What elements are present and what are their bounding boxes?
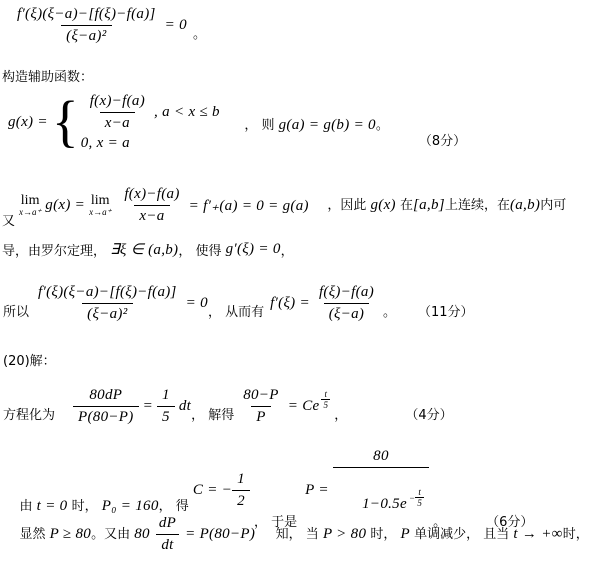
then-period: 。 [376, 118, 389, 133]
separated-equation-line: 方程化为 80dP P(80−P) = 1 5 dt ， 解得 80−P P =… [3, 387, 453, 426]
fraction-numerator: 80−P [238, 387, 284, 406]
monotonicity-line: 显然 P ≥ 80。又由 80 dP dt = P(80−P) 知， 当 P >… [3, 508, 589, 561]
exponent-numerator: t [322, 389, 329, 399]
lim-word: lim [21, 194, 40, 209]
then-equation: g(a) = g(b) = 0 [279, 117, 376, 133]
score-badge-8: （8分） [419, 130, 466, 149]
exponent-denominator: 5 [321, 399, 330, 410]
rolle-theorem-line: 导，由罗尔定理， ∃ξ ∈ (a,b)， 使得 g′(ξ) = 0， [2, 240, 294, 259]
result-fraction: f(ξ)−f(a) (ξ−a) [314, 284, 379, 323]
text: ， 使得 [178, 240, 225, 259]
fraction-denominator: 5 [157, 406, 175, 426]
one-half-fraction: 1 2 [232, 471, 250, 510]
text: 构造辅助函数： [2, 66, 93, 85]
period: 。 [193, 23, 206, 42]
case2: 0, x = a [81, 135, 220, 152]
gx: g(x) [371, 197, 396, 213]
lhs-fraction: 80dP P(80−P) [73, 387, 139, 426]
fraction-numerator: 80dP [84, 387, 127, 406]
limit-operator: lim x→a⁺ [19, 194, 41, 218]
therefore-text: 所以 [3, 301, 29, 320]
equals-Ce: = Ce [288, 398, 320, 415]
then-clause: ， 则 g(a) = g(b) = 0。 [228, 99, 389, 149]
comma: ， [334, 404, 347, 423]
limit-operator-2: lim x→a⁺ [89, 194, 111, 218]
continuity-clause: ，因此 g(x) 在[a,b]上连续，在(a,b)内可 [311, 179, 566, 229]
lim-subscript: x→a⁺ [89, 208, 111, 217]
text: 显然 [20, 527, 50, 542]
solve-text: ， 解得 [191, 404, 234, 423]
t-to-infinity: t → +∞ [513, 526, 562, 542]
fraction: f′(ξ)(ξ−a)−[f(ξ)−f(a)] (ξ−a)² [12, 6, 161, 45]
tail-text: 上连续，在 [445, 198, 510, 213]
exponent-numerator: t [416, 487, 423, 497]
f-prime-xi-equals: f′(ξ) = [270, 295, 310, 312]
fraction-denominator: P(80−P) [73, 406, 139, 426]
text: 知， 当 [276, 527, 323, 542]
P-gt-80: P > 80 [323, 526, 366, 542]
monotone-clause: 知， 当 P > 80 时， P 单调减少， 且当 t → +∞时， [259, 508, 589, 558]
C-equals-minus: C = − [193, 482, 232, 499]
tail-text: 因此 [340, 198, 370, 213]
tail-text: 内可 [540, 198, 566, 213]
text: 单调减少， 且当 [410, 527, 513, 542]
piecewise-definition-line: g(x) = { f(x)−f(a) x−a , a < x ≤ b 0, x … [8, 93, 466, 152]
open-interval: (a,b) [510, 197, 540, 213]
left-brace: { [52, 95, 79, 149]
coefficient-80: 80 [134, 526, 150, 543]
case1-denominator: x−a [100, 112, 135, 132]
piecewise-cases: f(x)−f(a) x−a , a < x ≤ b 0, x = a [81, 93, 220, 152]
case1-fraction: f(x)−f(a) x−a [85, 93, 150, 132]
case1-condition: , a < x ≤ b [154, 104, 220, 121]
limit-line: 又 lim x→a⁺ g(x) = lim x→a⁺ f(x)−f(a) x−a… [2, 179, 566, 232]
g-prime-zero: g′(ξ) = 0 [226, 241, 281, 258]
rhs-P-80-minus-P: = P(80−P) [185, 526, 255, 543]
text: 。又由 [91, 527, 134, 542]
obvious-clause: 显然 P ≥ 80。又由 [3, 508, 134, 558]
score-badge-11: （11分） [418, 301, 474, 320]
lim-word: lim [91, 194, 110, 209]
equals-zero: = 0 [186, 295, 208, 312]
equals-sign: = [143, 398, 153, 415]
thus-text: ， 从而有 [208, 301, 264, 320]
tail-text: 在 [396, 198, 413, 213]
closed-interval: [a,b] [413, 197, 445, 213]
comma: ， [281, 240, 294, 259]
fraction-numerator: f′(ξ)(ξ−a)−[f(ξ)−f(a)] [12, 6, 161, 25]
equation-becomes-text: 方程化为 [3, 404, 55, 423]
text: (20)解： [3, 350, 56, 369]
P-ge-80: P ≥ 80 [50, 526, 91, 542]
derivative-chain: = f′₊(a) = 0 = g(a) [189, 196, 309, 215]
fraction-numerator: f(x)−f(a) [119, 186, 184, 205]
problem-20-heading: (20)解： [3, 350, 56, 369]
also-text: 又 [2, 210, 15, 229]
equation-rolle-quotient: f′(ξ)(ξ−a)−[f(ξ)−f(a)] (ξ−a)² = 0 。 [8, 6, 206, 45]
one-fifth-fraction: 1 5 [157, 387, 175, 426]
exists-xi: ∃ξ ∈ (a,b) [110, 240, 178, 259]
case1-numerator: f(x)−f(a) [85, 93, 150, 112]
math-solution-document: { "page": { "background": "#ffffff", "te… [0, 0, 589, 561]
text: 导，由罗尔定理， [2, 240, 110, 259]
fraction-numerator: 1 [232, 471, 250, 490]
construct-aux-function-text: 构造辅助函数： [2, 66, 93, 85]
fraction-denominator: (ξ−a) [324, 303, 370, 323]
ratio-fraction: 80−P P [238, 387, 284, 426]
lim-subscript: x→a⁺ [19, 208, 41, 217]
fraction-denominator: 2 [232, 490, 250, 510]
dt-term: dt [179, 398, 191, 415]
fraction-numerator: f′(ξ)(ξ−a)−[f(ξ)−f(a)] [33, 284, 182, 303]
then-text: ， 则 [244, 118, 278, 133]
text: 时， [563, 527, 589, 542]
fraction-numerator: 80 [368, 448, 394, 467]
period: 。 [383, 301, 396, 320]
fraction-numerator: 1 [157, 387, 175, 406]
gx-lhs: g(x) = [8, 114, 48, 131]
P-symbol: P [401, 526, 410, 542]
P-equals: P = [305, 482, 329, 499]
fraction-denominator: dt [156, 534, 178, 554]
fraction: f′(ξ)(ξ−a)−[f(ξ)−f(a)] (ξ−a)² [33, 284, 182, 323]
fraction-numerator: f(ξ)−f(a) [314, 284, 379, 303]
conclusion-line: 所以 f′(ξ)(ξ−a)−[f(ξ)−f(a)] (ξ−a)² = 0 ， 从… [3, 284, 474, 323]
fraction-numerator: dP [154, 515, 181, 534]
gx-equals: g(x) = [45, 197, 85, 214]
fraction-denominator: P [251, 406, 270, 426]
exponent-t-over-5: t 5 [321, 389, 330, 411]
difference-quotient-fraction: f(x)−f(a) x−a [119, 186, 184, 225]
score-badge-4: （4分） [405, 404, 452, 423]
exponent-denominator: 5 [415, 497, 424, 508]
dP-dt-fraction: dP dt [154, 515, 181, 554]
exponent-minus-t-over-5: −t5 [409, 487, 424, 509]
text: 时， [366, 527, 400, 542]
fraction-denominator: (ξ−a)² [61, 25, 111, 45]
fraction-denominator: x−a [134, 205, 169, 225]
comma: ， [327, 198, 340, 213]
fraction-denominator: (ξ−a)² [82, 303, 132, 323]
equals-zero: = 0 [165, 17, 187, 34]
